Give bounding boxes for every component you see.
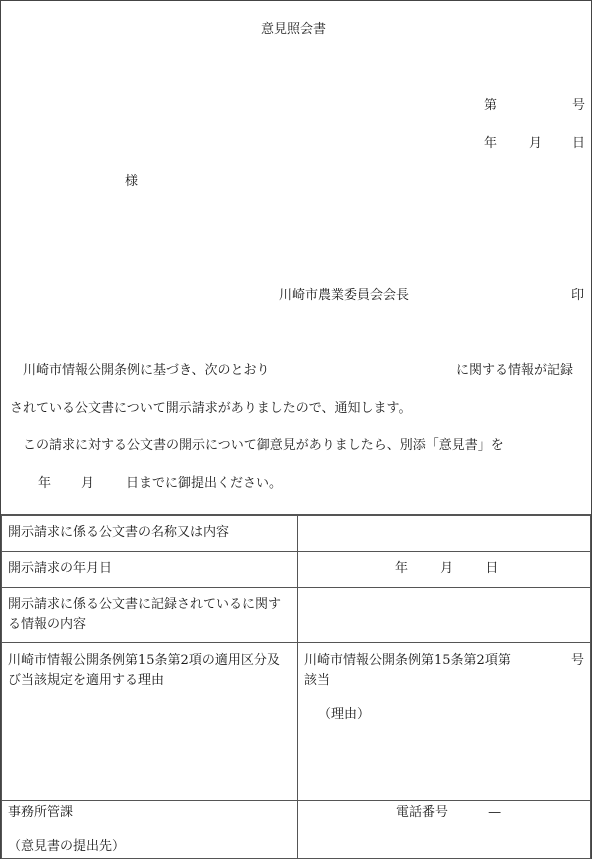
phone-dash: — <box>488 805 501 820</box>
document-page: 意見照会書 第 号 年 月 日 様 川崎市農業委員会会長 印 川崎市情報公開条例… <box>0 0 592 859</box>
phone-label: 電話番号 <box>396 805 448 820</box>
body-line1-b: に関する情報が記録 <box>456 363 573 379</box>
value-recorded-info[interactable] <box>298 587 591 642</box>
request-info-table: 開示請求に係る公文書の名称又は内容 開示請求の年月日 年 月 日 開示請求に係る… <box>1 514 591 859</box>
request-day: 日 <box>485 559 498 579</box>
table-row: 事務所管課 （意見書の提出先） 電話番号 — <box>2 800 591 858</box>
body-line3: この請求に対する公文書の開示について御意見がありましたら、別添「意見書」を <box>23 438 504 454</box>
addressee-suffix: 様 <box>125 174 138 190</box>
clause-text: 川崎市情報公開条例第15条第2項第 <box>304 653 511 668</box>
office-label: 事務所管課 <box>8 803 291 823</box>
request-year: 年 <box>395 559 408 579</box>
clause-applies: 該当 <box>304 671 584 691</box>
deadline-month: 月 <box>81 476 94 492</box>
value-document-name[interactable] <box>298 515 591 551</box>
office-sublabel: （意見書の提出先） <box>8 837 291 857</box>
date-month: 月 <box>529 136 542 152</box>
deadline-rest: 日までに御提出ください。 <box>126 476 282 492</box>
seal-mark: 印 <box>571 288 584 304</box>
date-day: 日 <box>572 136 585 152</box>
label-applicable-clause: 川崎市情報公開条例第15条第2項の適用区分及び当該規定を適用する理由 <box>2 642 298 800</box>
label-request-date: 開示請求の年月日 <box>2 551 298 587</box>
label-recorded-info: 開示請求に係る公文書に記録されているに関する情報の内容 <box>2 587 298 642</box>
number-suffix: 号 <box>572 98 585 114</box>
table-row: 開示請求に係る公文書の名称又は内容 <box>2 515 591 551</box>
body-line2: されている公文書について開示請求がありましたので、通知します。 <box>10 401 411 417</box>
table-row: 川崎市情報公開条例第15条第2項の適用区分及び当該規定を適用する理由 川崎市情報… <box>2 642 591 800</box>
label-document-name: 開示請求に係る公文書の名称又は内容 <box>2 515 298 551</box>
value-request-date[interactable]: 年 月 日 <box>298 551 591 587</box>
value-applicable-clause[interactable]: 川崎市情報公開条例第15条第2項第号 該当 （理由） <box>298 642 591 800</box>
value-office[interactable]: 電話番号 — <box>298 800 591 858</box>
deadline-year: 年 <box>38 476 51 492</box>
label-office: 事務所管課 （意見書の提出先） <box>2 800 298 858</box>
table-row: 開示請求の年月日 年 月 日 <box>2 551 591 587</box>
sender-name: 川崎市農業委員会会長 <box>279 288 409 304</box>
table-row: 開示請求に係る公文書に記録されているに関する情報の内容 <box>2 587 591 642</box>
body-line1-a: 川崎市情報公開条例に基づき、次のとおり <box>23 363 269 379</box>
reason-label: （理由） <box>318 705 584 725</box>
document-title: 意見照会書 <box>261 22 326 38</box>
number-prefix: 第 <box>484 98 497 114</box>
clause-suffix: 号 <box>571 651 584 671</box>
request-month: 月 <box>440 559 453 579</box>
date-year: 年 <box>484 136 497 152</box>
